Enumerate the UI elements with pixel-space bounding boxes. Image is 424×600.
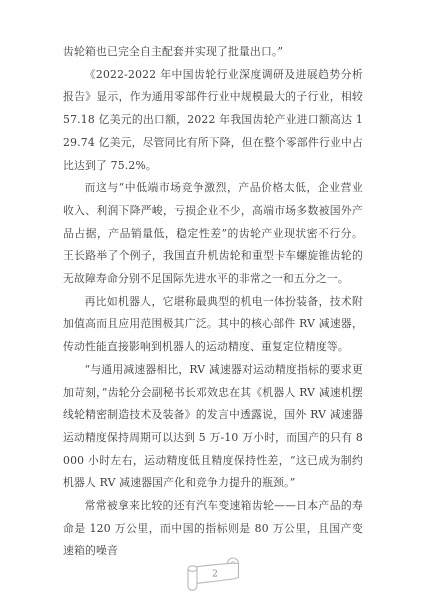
paragraph: 再比如机器人，它堪称最典型的机电一体扮装备，技术附加值高而且应用范围极其广泛。其… <box>63 291 363 359</box>
paragraph: 而这与“中低端市场竞争激烈，产品价格太低，企业营业收入、利润下降严峻，亏损企业不… <box>63 177 363 291</box>
paragraph: 齿轮箱也已完全自主配套并实现了批量出口。” <box>63 41 363 64</box>
paragraph: “与通用减速器相比，RV 减速器对运动精度指标的要求更加苛刻，”齿轮分会副秘书长… <box>63 359 363 495</box>
document-page: 齿轮箱也已完全自主配套并实现了批量出口。”《2022-2022 年中国齿轮行业深… <box>0 0 424 600</box>
paragraph: 《2022-2022 年中国齿轮行业深度调研及进展趋势分析报告》显示，作为通用零… <box>63 64 363 178</box>
scroll-banner-icon: 2 <box>183 553 243 595</box>
page-footer: 2 <box>183 553 243 595</box>
page-number: 2 <box>212 570 218 580</box>
document-text-block: 齿轮箱也已完全自主配套并实现了批量出口。”《2022-2022 年中国齿轮行业深… <box>63 41 363 563</box>
